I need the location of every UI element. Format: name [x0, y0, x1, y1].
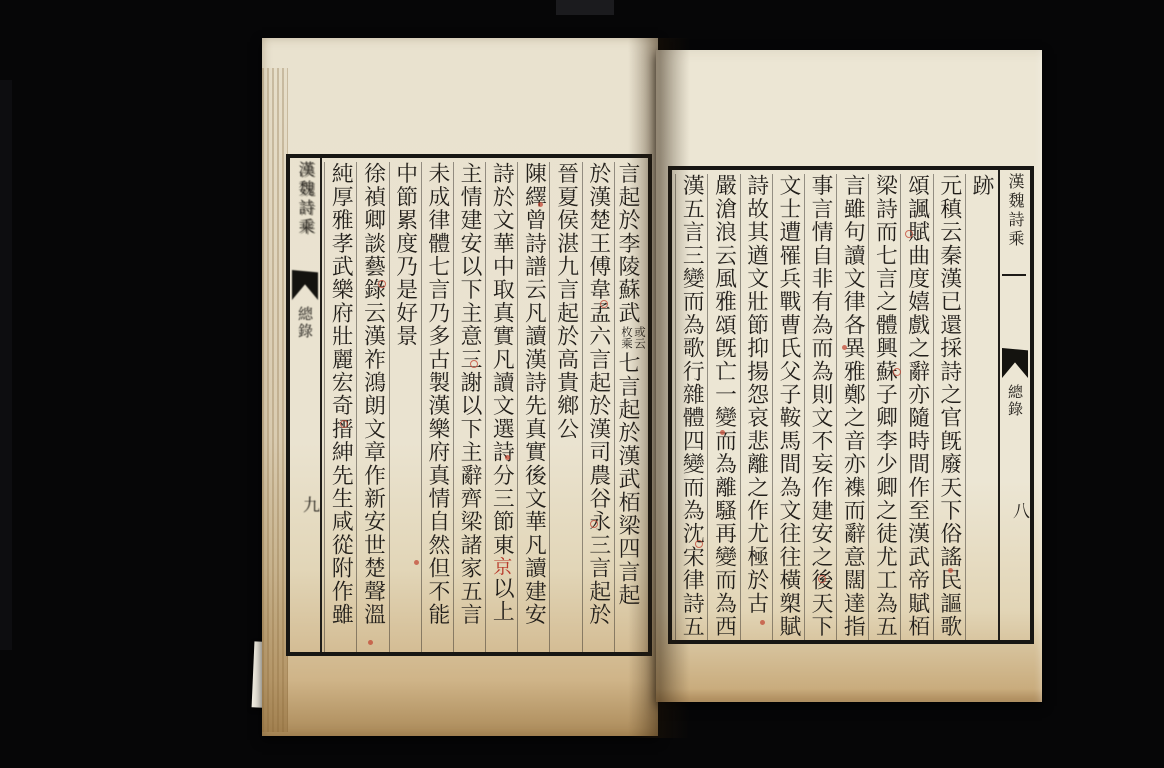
left-banxin-column: 漢魏詩乘 總錄 九	[290, 158, 320, 652]
reading-mark	[818, 575, 826, 583]
reading-mark	[378, 280, 386, 288]
reading-mark	[695, 540, 703, 548]
text-column: 梁詩而七言之體興蘇子卿李少卿之徒尤工為五	[868, 174, 900, 640]
reading-mark	[842, 345, 847, 350]
page-number: 八	[1007, 502, 1030, 519]
book-title-margin: 漢魏詩乘	[295, 161, 315, 237]
right-page: 漢魏詩乘 總錄 八 跡 元稹云秦漢已還採詩之官旣廢天下俗謠民謳歌 頌諷賦曲度嬉戲…	[656, 50, 1042, 702]
book-title-margin: 漢魏詩乘	[1005, 173, 1025, 249]
background-shade	[0, 80, 12, 650]
text-column: 詩故其遒文壯節抑揚怨哀悲離之作尤極於古	[740, 174, 772, 640]
reading-mark	[948, 568, 953, 573]
text-column: 言雖句讀文律各異雅鄭之音亦襍而辭意闊達指	[836, 174, 868, 640]
right-text-frame: 漢魏詩乘 總錄 八 跡 元稹云秦漢已還採詩之官旣廢天下俗謠民謳歌 頌諷賦曲度嬉戲…	[668, 166, 1034, 644]
reading-mark	[414, 560, 419, 565]
text-column: 陳繹曾詩譜云凡讀漢詩先真實後文華凡讀建安	[517, 162, 549, 652]
left-text-frame: 漢魏詩乘 總錄 九 言起於李陵蘇武或云枚乘七言起於漢武栢梁四言起 於漢楚王傅韋孟…	[286, 154, 652, 656]
background-gap-patch	[556, 0, 614, 15]
left-page-text: 言起於李陵蘇武或云枚乘七言起於漢武栢梁四言起 於漢楚王傅韋孟六言起於漢司農谷永三…	[323, 158, 646, 652]
reading-mark	[368, 640, 373, 645]
reading-mark	[505, 455, 510, 460]
reading-mark	[590, 520, 598, 528]
text-column: 中節累度乃是好景	[389, 162, 421, 652]
column-text: 七言起於漢武栢梁四言起	[615, 351, 640, 606]
text-column: 文士遭罹兵戰曹氏父子鞍馬間為文往往橫槊賦	[772, 174, 804, 640]
text-column: 晉夏侯湛九言起於高貴鄉公	[549, 162, 581, 652]
reading-mark	[760, 620, 765, 625]
margin-rule	[1002, 274, 1026, 276]
section-label: 總錄	[1006, 384, 1024, 418]
red-correction-char: 京	[490, 556, 512, 576]
reading-mark	[905, 230, 913, 238]
reading-mark	[600, 300, 608, 308]
margin-separator-line	[320, 158, 322, 652]
text-column: 言起於李陵蘇武或云枚乘七言起於漢武栢梁四言起	[614, 162, 646, 652]
section-label: 總錄	[296, 306, 314, 340]
text-column: 未成律體七言乃多古製漢樂府真情自然但不能	[421, 162, 453, 652]
reading-mark	[538, 202, 543, 207]
text-column: 主情建安以下主意三謝以下主辭齊梁諸家五言	[453, 162, 485, 652]
text-column: 事言情自非有為而為則文不妄作建安之後天下	[804, 174, 836, 640]
text-column: 跡	[965, 174, 997, 640]
left-page: 漢魏詩乘 總錄 九 言起於李陵蘇武或云枚乘七言起於漢武栢梁四言起 於漢楚王傅韋孟…	[262, 38, 658, 736]
text-column: 於漢楚王傅韋孟六言起於漢司農谷永三言起於	[582, 162, 614, 652]
page-number: 九	[297, 496, 320, 513]
reading-mark	[893, 368, 901, 376]
column-text: 言起於李陵蘇武	[615, 162, 640, 324]
interlinear-note: 或云枚乘	[620, 326, 646, 349]
text-column: 頌諷賦曲度嬉戲之辭亦隨時間作至漢武帝賦栢	[900, 174, 932, 640]
text-column: 漢五言三變而為歌行雜體四變而為沈宋律詩五	[675, 174, 707, 640]
text-column: 詩於文華中取真實凡讀文選詩分三節東京以上	[485, 162, 517, 652]
page-stack-fore-edge	[262, 68, 288, 732]
reading-mark	[340, 420, 348, 428]
fishtail-mark	[292, 270, 318, 300]
reading-mark	[720, 430, 725, 435]
text-column: 徐禎卿談藝錄云漢祚鴻朗文章作新安世楚聲溫	[356, 162, 388, 652]
text-column: 嚴滄浪云風雅頌旣亡一變而為離騷再變而為西	[707, 174, 739, 640]
text-column: 純厚雅孝武樂府壯麗宏奇搢紳先生咸從附作雖	[324, 162, 356, 652]
right-banxin-column: 漢魏詩乘 總錄 八	[1000, 170, 1030, 640]
fishtail-mark	[1002, 348, 1028, 378]
reading-mark	[470, 360, 478, 368]
